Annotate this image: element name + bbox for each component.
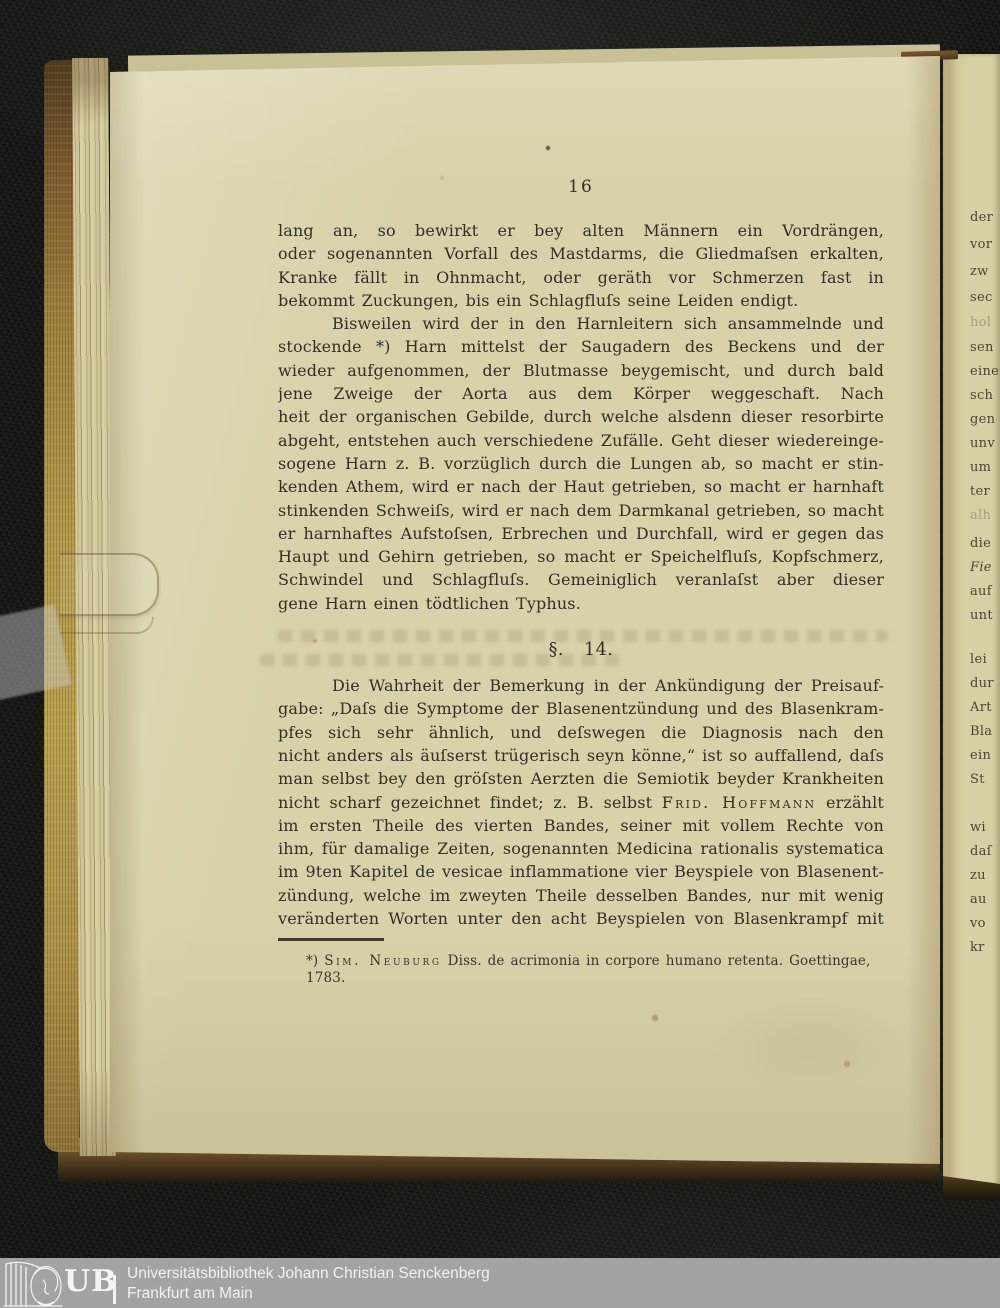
facing-page-fragment: alh: [970, 508, 991, 523]
book-scan-photo: 16 lang an, so bewirkt er bey alten Männ…: [0, 0, 1000, 1308]
text-line: er harnhaftes Aufstoſsen, Erbrechen und …: [278, 522, 884, 545]
library-name-line2: Frankfurt am Main: [127, 1284, 490, 1304]
section-heading: §. 14.: [278, 639, 884, 662]
library-logo: UB: [2, 1259, 122, 1307]
text-segment: *): [306, 953, 324, 969]
facing-page-fragment: Bla: [970, 724, 992, 739]
facing-page-fragment: die: [970, 536, 991, 551]
text-line: wieder aufgenommen, der Blutmasse beygem…: [278, 359, 884, 382]
text-line: nicht anders als äuſserst trügerisch sey…: [278, 744, 884, 767]
facing-page-fragment: lei: [970, 652, 987, 667]
facing-page-fragment: eine: [970, 364, 999, 379]
text-line: nicht scharf gezeichnet findet; z. B. se…: [278, 791, 884, 814]
ub-logo-text: UB: [64, 1264, 118, 1299]
page-holder-clip-tip: [60, 553, 159, 616]
logo-line-art: [2, 1259, 64, 1307]
text-line: Schwindel und Schlagfluſs. Gemeiniglich …: [278, 568, 884, 591]
facing-page-fragment: sec: [970, 290, 993, 305]
facing-page-fragment: zw: [970, 264, 989, 279]
facing-page-fragment: hol: [970, 315, 991, 330]
text-line: stockende *) Harn mittelst der Saugadern…: [278, 335, 884, 358]
text-line: gabe: „Daſs die Symptome der Blasenentzü…: [278, 697, 884, 720]
facing-page-fragment: zu: [970, 868, 986, 883]
text-line: oder sogenannten Vorfall des Mastdarms, …: [278, 242, 884, 265]
text-line: sogene Harn z. B. vorzüglich durch die L…: [278, 452, 884, 475]
text-line: stinkenden Schweiſs, wird er nach dem Da…: [278, 499, 884, 522]
text-line: man selbst bey den gröſsten Aerzten die …: [278, 767, 884, 790]
text-line: bekommt Zuckungen, bis ein Schlagfluſs s…: [278, 289, 884, 312]
facing-page-fragment: unv: [970, 436, 995, 451]
facing-page-fragment: um: [970, 460, 991, 475]
library-name-line1: Universitätsbibliothek Johann Christian …: [127, 1264, 490, 1284]
footer-separator-bar: [113, 1275, 116, 1304]
facing-page-fragment: vo: [970, 916, 986, 931]
facing-page-fragment: dur: [970, 676, 994, 691]
facing-page-fragment: St: [970, 772, 985, 787]
facing-page-fragment: der: [970, 210, 993, 225]
facing-page-fragment: vor: [970, 237, 992, 252]
facing-page-fragment: unt: [970, 608, 993, 623]
facing-page-fragment: kr: [970, 940, 985, 955]
text-line: im 9ten Kapitel de vesicae inflammatione…: [278, 860, 884, 883]
library-name: Universitätsbibliothek Johann Christian …: [127, 1264, 490, 1303]
facing-page-fragment: Art: [970, 700, 992, 715]
text-line: Bisweilen wird der in den Harnleitern si…: [278, 312, 884, 335]
text-line: Die Wahrheit der Bemerkung in der Ankünd…: [278, 674, 884, 697]
facing-page-fragment: au: [970, 892, 987, 907]
facing-page-fragment: gen: [970, 412, 995, 427]
facing-page-fragment: sch: [970, 388, 993, 403]
text-line: pfes sich sehr ähnlich, und deſswegen di…: [278, 721, 884, 744]
text-line: abgeht, entstehen auch verschiedene Zufä…: [278, 429, 884, 452]
facing-page-fragment: auf: [970, 584, 992, 599]
facing-page-fragment: ein: [970, 748, 991, 763]
small-caps-name: Frid. Hoffmann: [662, 793, 817, 812]
library-footer-bar: UB Universitätsbibliothek Johann Christi…: [0, 1258, 1000, 1308]
text-line: Haupt und Gehirn getrieben, so macht er …: [278, 545, 884, 568]
small-caps-name: Sim. Neuburg: [324, 953, 441, 969]
book-page: 16 lang an, so bewirkt er bey alten Männ…: [110, 56, 940, 1164]
text-line: heit der organischen Gebilde, durch welc…: [278, 405, 884, 428]
footnote: *) Sim. Neuburg Diss. de acrimonia in co…: [278, 953, 884, 987]
text-segment: erzählt: [816, 793, 884, 812]
facing-page-fragment: sen: [970, 340, 994, 355]
facing-page-fragment: Fie: [970, 560, 992, 575]
facing-page-fragment: daſ: [970, 844, 992, 859]
page-number: 16: [278, 177, 884, 197]
footnote-rule: [278, 938, 384, 941]
facing-page-fragment: wi: [970, 820, 986, 835]
text-line: jene Zweige der Aorta aus dem Körper weg…: [278, 382, 884, 405]
text-line: zündung, welche im zweyten Theile dessel…: [278, 884, 884, 907]
text-line: Kranke fällt in Ohnmacht, oder geräth vo…: [278, 266, 884, 289]
text-segment: nicht scharf gezeichnet findet; z. B. se…: [278, 793, 662, 812]
page-holder-clip-prong: [60, 617, 154, 634]
text-line: veränderten Worten unter den acht Beyspi…: [278, 907, 884, 930]
text-line: im ersten Theile des vierten Bandes, sei…: [278, 814, 884, 837]
text-line: gene Harn einen tödtlichen Typhus.: [278, 592, 884, 615]
text-line: lang an, so bewirkt er bey alten Männern…: [278, 219, 884, 242]
text-line: ihm, für damalige Zeiten, sogenannten Me…: [278, 837, 884, 860]
text-flow: lang an, so bewirkt er bey alten Männern…: [278, 219, 884, 987]
text-line: kenden Athem, wird er nach der Haut getr…: [278, 475, 884, 498]
facing-page-fragment: ter: [970, 484, 990, 499]
portrait-icon: [31, 1267, 61, 1306]
